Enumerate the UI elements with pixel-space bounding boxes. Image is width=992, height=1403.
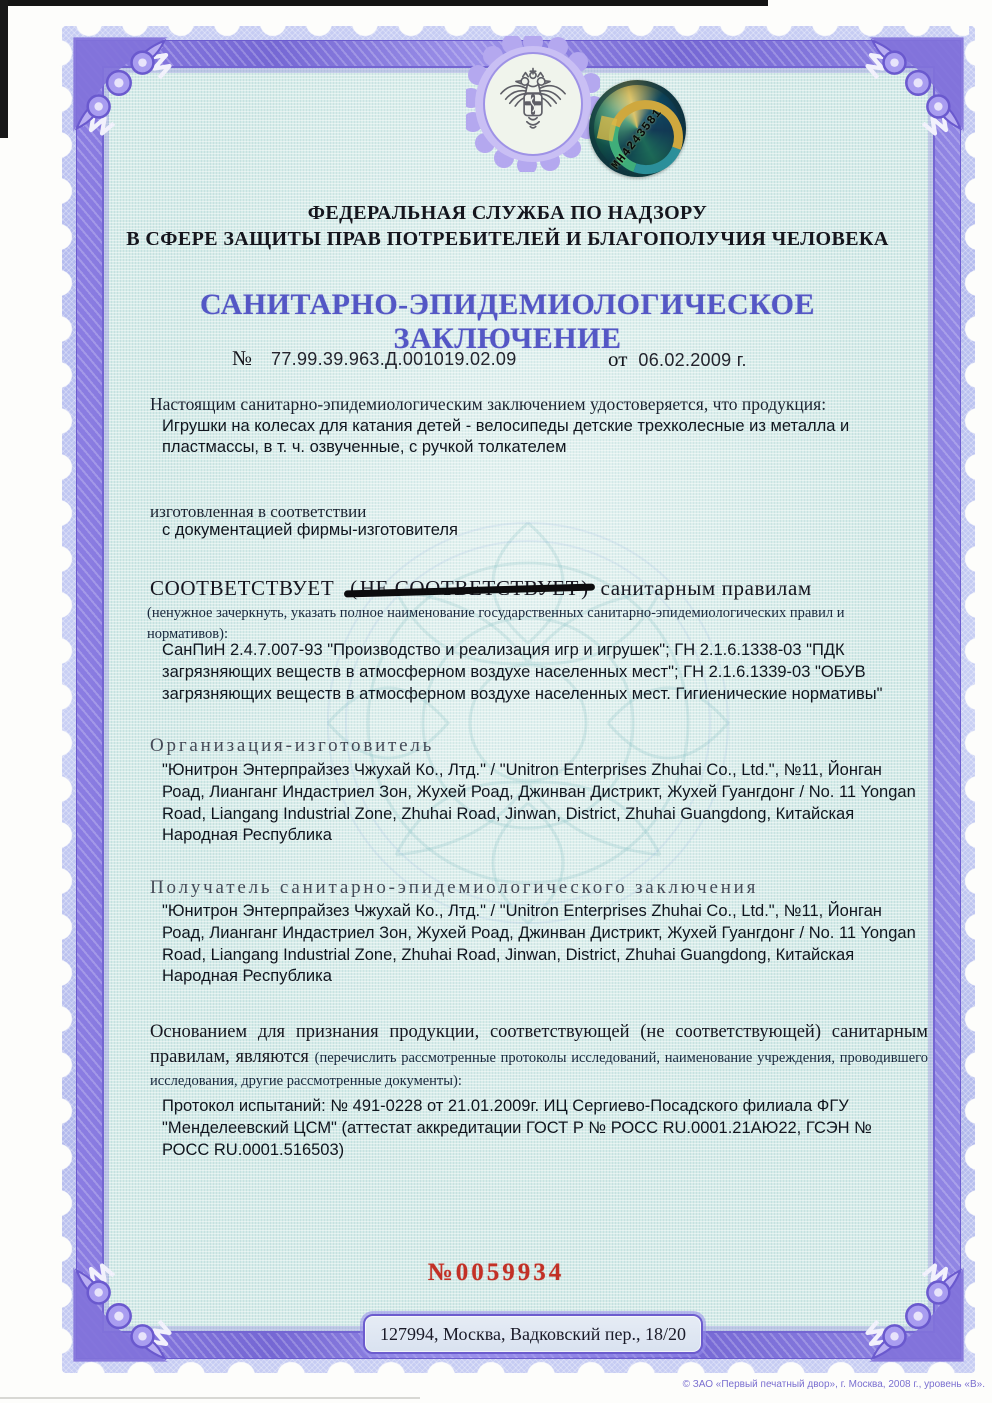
manufacturer-heading: Организация-изготовитель [150,735,850,757]
scanned-certificate-page: { "header": { "agency_line1": "ФЕДЕРАЛЬН… [0,0,992,1403]
blank-serial-number: №0059934 [0,1259,992,1287]
basis-statement: Основанием для признания продукции, соот… [150,1020,928,1092]
agency-line2: В СФЕРЕ ЗАЩИТЫ ПРАВ ПОТРЕБИТЕЛЕЙ И БЛАГО… [120,227,895,253]
agency-name: ФЕДЕРАЛЬНАЯ СЛУЖБА ПО НАДЗОРУ В СФЕРЕ ЗА… [120,201,895,252]
compliance-suffix: санитарным правилам [601,576,812,600]
product-intro: Настоящим санитарно-эпидемиологическим з… [150,394,928,415]
scan-artifact-bottom-line [0,1397,420,1399]
compliance-note: (ненужное зачеркнуть, указать полное наи… [147,603,887,645]
date-group: от 06.02.2009 г. [608,347,747,372]
product-description: Игрушки на колесах для катания детей - в… [162,416,924,459]
certificate-date: 06.02.2009 г. [638,350,746,370]
recipient-heading: Получатель санитарно-эпидемиологического… [150,877,910,899]
regulations-list: СанПиН 2.4.7.007-93 "Производство и реал… [162,640,917,705]
certificate-number: 77.99.39.963.Д.001019.02.09 [271,349,517,369]
scan-artifact-left-edge [0,0,8,138]
scallop-edge-left [59,32,81,1367]
watermark-rosette [318,508,738,938]
recipient-details: "Юнитрон Энтерпрайзез Чжухай Ко., Лтд." … [162,901,924,988]
basis-documents: Протокол испытаний: № 491-0228 от 21.01.… [162,1096,922,1161]
manufacturer-details: "Юнитрон Энтерпрайзез Чжухай Ко., Лтд." … [162,760,924,847]
compliance-positive: СООТВЕТСТВУЕТ [150,576,334,600]
made-in-accordance-line1: изготовленная в соответствии [150,502,750,522]
date-label: от [608,347,627,371]
number-label: № [232,346,252,370]
compliance-statement: СООТВЕТСТВУЕТ (НЕ СООТВЕТСТВУЕТ) санитар… [150,576,930,601]
address-panel: 127994, Москва, Вадковский пер., 18/20 [363,1314,703,1354]
corner-ornament-icon [70,34,188,152]
hologram-sticker: MH4243581 [589,80,686,177]
agency-address: 127994, Москва, Вадковский пер., 18/20 [380,1324,686,1345]
printer-copyright: © ЗАО «Первый печатный двор», г. Москва,… [585,1379,985,1390]
agency-emblem-medallion [466,36,600,172]
scan-artifact-top-edge [0,0,768,6]
agency-line1: ФЕДЕРАЛЬНАЯ СЛУЖБА ПО НАДЗОРУ [120,201,895,227]
number-row: № 77.99.39.963.Д.001019.02.09 от 06.02.2… [232,346,932,371]
made-in-accordance-line2: с документацией фирмы-изготовителя [162,521,762,540]
scallop-edge-right [956,32,978,1367]
compliance-negative-struck: НЕ СООТВЕТСТВУЕТ [360,576,579,600]
corner-ornament-icon [849,34,967,152]
scallop-edge-bottom [68,1352,969,1376]
double-headed-eagle-icon [492,60,574,148]
